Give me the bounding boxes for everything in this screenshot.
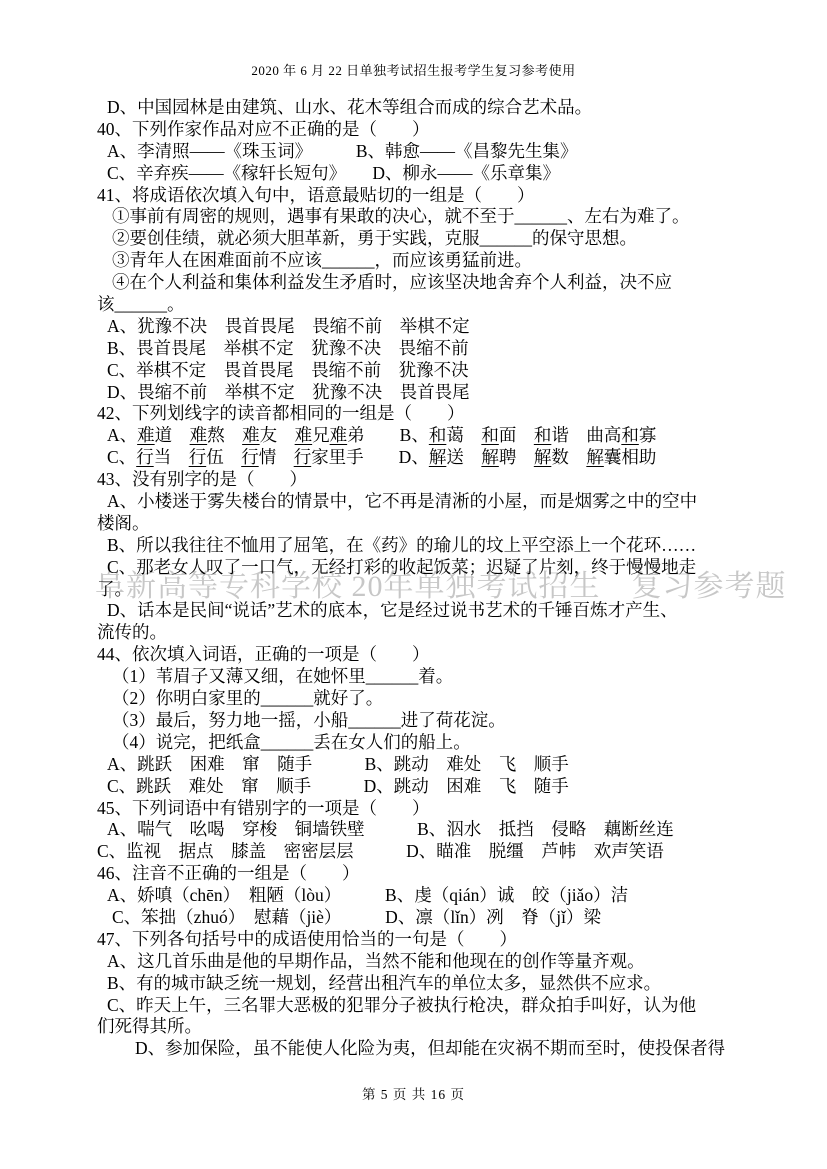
text-segment: 弟 B、: [347, 425, 429, 445]
underlined-char: 难: [242, 425, 260, 445]
q47-option-a: A、这几首乐曲是他的早期作品，当然不能和他现在的创作等量齐观。: [97, 951, 737, 973]
underlined-char: 解: [586, 447, 604, 467]
underlined-char: 行: [136, 447, 154, 467]
underlined-char: 解: [481, 447, 499, 467]
text-segment: 情: [259, 447, 294, 467]
q41-option-b: B、畏首畏尾 举棋不定 犹豫不决 畏缩不前: [97, 338, 737, 360]
q43-option-a-line1: A、小楼迷于雾失楼台的情景中，它不再是清淅的小屋，而是烟雾之中的空中: [97, 491, 737, 513]
q44-item-4: （4）说完，把纸盒______丢在女人们的船上。: [97, 732, 737, 754]
underlined-char: 行: [241, 447, 259, 467]
q40-options-ab: A、李清照——《珠玉词》 B、韩愈——《昌黎先生集》: [97, 141, 737, 163]
underlined-char: 解: [534, 447, 552, 467]
q40-options-cd: C、辛弃疾——《稼轩长短句》 D、柳永——《乐章集》: [97, 163, 737, 185]
document-body: D、中国园林是由建筑、山水、花木等组合而成的综合艺术品。 40、下列作家作品对应…: [97, 97, 737, 1060]
underlined-char: 解: [429, 447, 447, 467]
q47-option-c-line1: C、昨天上午，三名罪大恶极的犯罪分子被执行枪决，群众拍手叫好，认为他: [97, 995, 737, 1017]
text-segment: 道: [155, 425, 190, 445]
underlined-char: 和: [429, 425, 447, 445]
text-segment: 友: [260, 425, 295, 445]
text-segment: 当: [154, 447, 189, 467]
q45-options-cd: C、监视 据点 膝盖 密密层层 D、瞄准 脱缰 芦帏 欢声笑语: [97, 841, 737, 863]
q43-option-c-line1: C、那老女人叹了一口气，无经打彩的收起饭菜；迟疑了片刻，终于慢慢地走: [97, 557, 737, 579]
q44-item-3: （3）最后，努力地一摇，小船______进了荷花淀。: [97, 710, 737, 732]
text-segment: 聘: [499, 447, 534, 467]
q42-stem: 42、下列划线字的读音都相同的一组是（ ）: [97, 403, 737, 425]
q47-option-b: B、有的城市缺乏统一规划，经营出租汽车的单位太多，显然供不应求。: [97, 973, 737, 995]
q43-option-a-line2: 楼阁。: [97, 513, 737, 535]
text-segment: C、: [107, 447, 136, 467]
q45-options-ab: A、喘气 吆喝 穿梭 铜墙铁壁 B、泅水 抵挡 侵略 藕断丝连: [97, 819, 737, 841]
q41-option-d: D、畏缩不前 举棋不定 犹豫不决 畏首畏尾: [97, 382, 737, 404]
q44-item-2: （2）你明白家里的______就好了。: [97, 688, 737, 710]
q42-options-cd: C、行当 行伍 行情 行家里手 D、解送 解聘 解数 解囊相助: [97, 447, 737, 469]
underlined-char: 难: [295, 425, 313, 445]
q47-option-d: D、参加保险，虽不能使人化险为夷，但却能在灾祸不期而至时，使投保者得: [97, 1038, 737, 1060]
text-segment: A、: [107, 425, 137, 445]
underlined-char: 行: [294, 447, 312, 467]
text-segment: 兄: [312, 425, 330, 445]
text-segment: 家里手 D、: [311, 447, 429, 467]
text-segment: 面: [499, 425, 534, 445]
q41-item-1: ①事前有周密的规则，遇事有果敢的决心，就不至于______、左右为难了。: [97, 206, 737, 228]
q41-item-4-line2: 该______。: [97, 294, 737, 316]
text-segment: 送: [446, 447, 481, 467]
q46-stem: 46、注音不正确的一组是（ ）: [97, 863, 737, 885]
q47-stem: 47、下列各句括号中的成语使用恰当的一句是（ ）: [97, 929, 737, 951]
underlined-char: 和: [621, 425, 639, 445]
q43-option-d-line1: D、话本是民间“说话”艺术的底本，它是经过说书艺术的千锤百炼才产生、: [97, 600, 737, 622]
q39-option-d: D、中国园林是由建筑、山水、花木等组合而成的综合艺术品。: [97, 97, 737, 119]
q46-options-ab: A、娇嗔（chēn） 粗陋（lòu） B、虔（qián）诚 皎（jiǎo）洁: [97, 885, 737, 907]
underlined-char: 难: [330, 425, 348, 445]
q41-stem: 41、将成语依次填入句中，语意最贴切的一组是（ ）: [97, 185, 737, 207]
underlined-char: 和: [534, 425, 552, 445]
underlined-char: 难: [190, 425, 208, 445]
q43-option-c-line2: 了。: [97, 579, 737, 601]
q41-item-2: ②要创佳绩，就必须大胆革新，勇于实践，克服______的保守思想。: [97, 228, 737, 250]
underlined-char: 行: [189, 447, 207, 467]
text-segment: 伍: [206, 447, 241, 467]
text-segment: 蔼: [446, 425, 481, 445]
q44-options-ab: A、跳跃 困难 窜 随手 B、跳动 难处 飞 顺手: [97, 754, 737, 776]
text-segment: 囊相助: [604, 447, 657, 467]
q44-stem: 44、依次填入词语，正确的一项是（ ）: [97, 644, 737, 666]
underlined-char: 难: [137, 425, 155, 445]
text-segment: 谐 曲高: [551, 425, 621, 445]
q47-option-c-line2: 们死得其所。: [97, 1016, 737, 1038]
q41-option-c: C、举棋不定 畏首畏尾 畏缩不前 犹豫不决: [97, 360, 737, 382]
q44-item-1: （1）苇眉子又薄又细，在她怀里______着。: [97, 666, 737, 688]
q40-stem: 40、下列作家作品对应不正确的是（ ）: [97, 119, 737, 141]
text-segment: 寡: [639, 425, 657, 445]
q41-item-4-line1: ④在个人利益和集体利益发生矛盾时，应该坚决地舍弃个人利益，决不应: [97, 272, 737, 294]
q43-option-b: B、所以我往往不恤用了屈笔，在《药》的瑜儿的坟上平空添上一个花环……: [97, 535, 737, 557]
q41-item-3: ③青年人在困难面前不应该______，而应该勇猛前进。: [97, 250, 737, 272]
q44-options-cd: C、跳跃 难处 窜 顺手 D、跳动 困难 飞 随手: [97, 776, 737, 798]
underlined-char: 和: [481, 425, 499, 445]
q43-option-d-line2: 流传的。: [97, 622, 737, 644]
q46-options-cd: C、笨拙（zhuó） 慰藉（jiè） D、凛（lǐn）冽 脊（jǐ）梁: [97, 907, 737, 929]
page-footer: 第 5 页 共 16 页: [0, 1083, 827, 1103]
page-header: 2020 年 6 月 22 日单独考试招生报考学生复习参考使用: [0, 60, 827, 79]
text-segment: 数: [551, 447, 586, 467]
q41-option-a: A、犹豫不决 畏首畏尾 畏缩不前 举棋不定: [97, 316, 737, 338]
text-segment: 熬: [207, 425, 242, 445]
q45-stem: 45、下列词语中有错别字的一项是（ ）: [97, 798, 737, 820]
q42-options-ab: A、难道 难熬 难友 难兄难弟 B、和蔼 和面 和谐 曲高和寡: [97, 425, 737, 447]
q43-stem: 43、没有别字的是（ ）: [97, 469, 737, 491]
